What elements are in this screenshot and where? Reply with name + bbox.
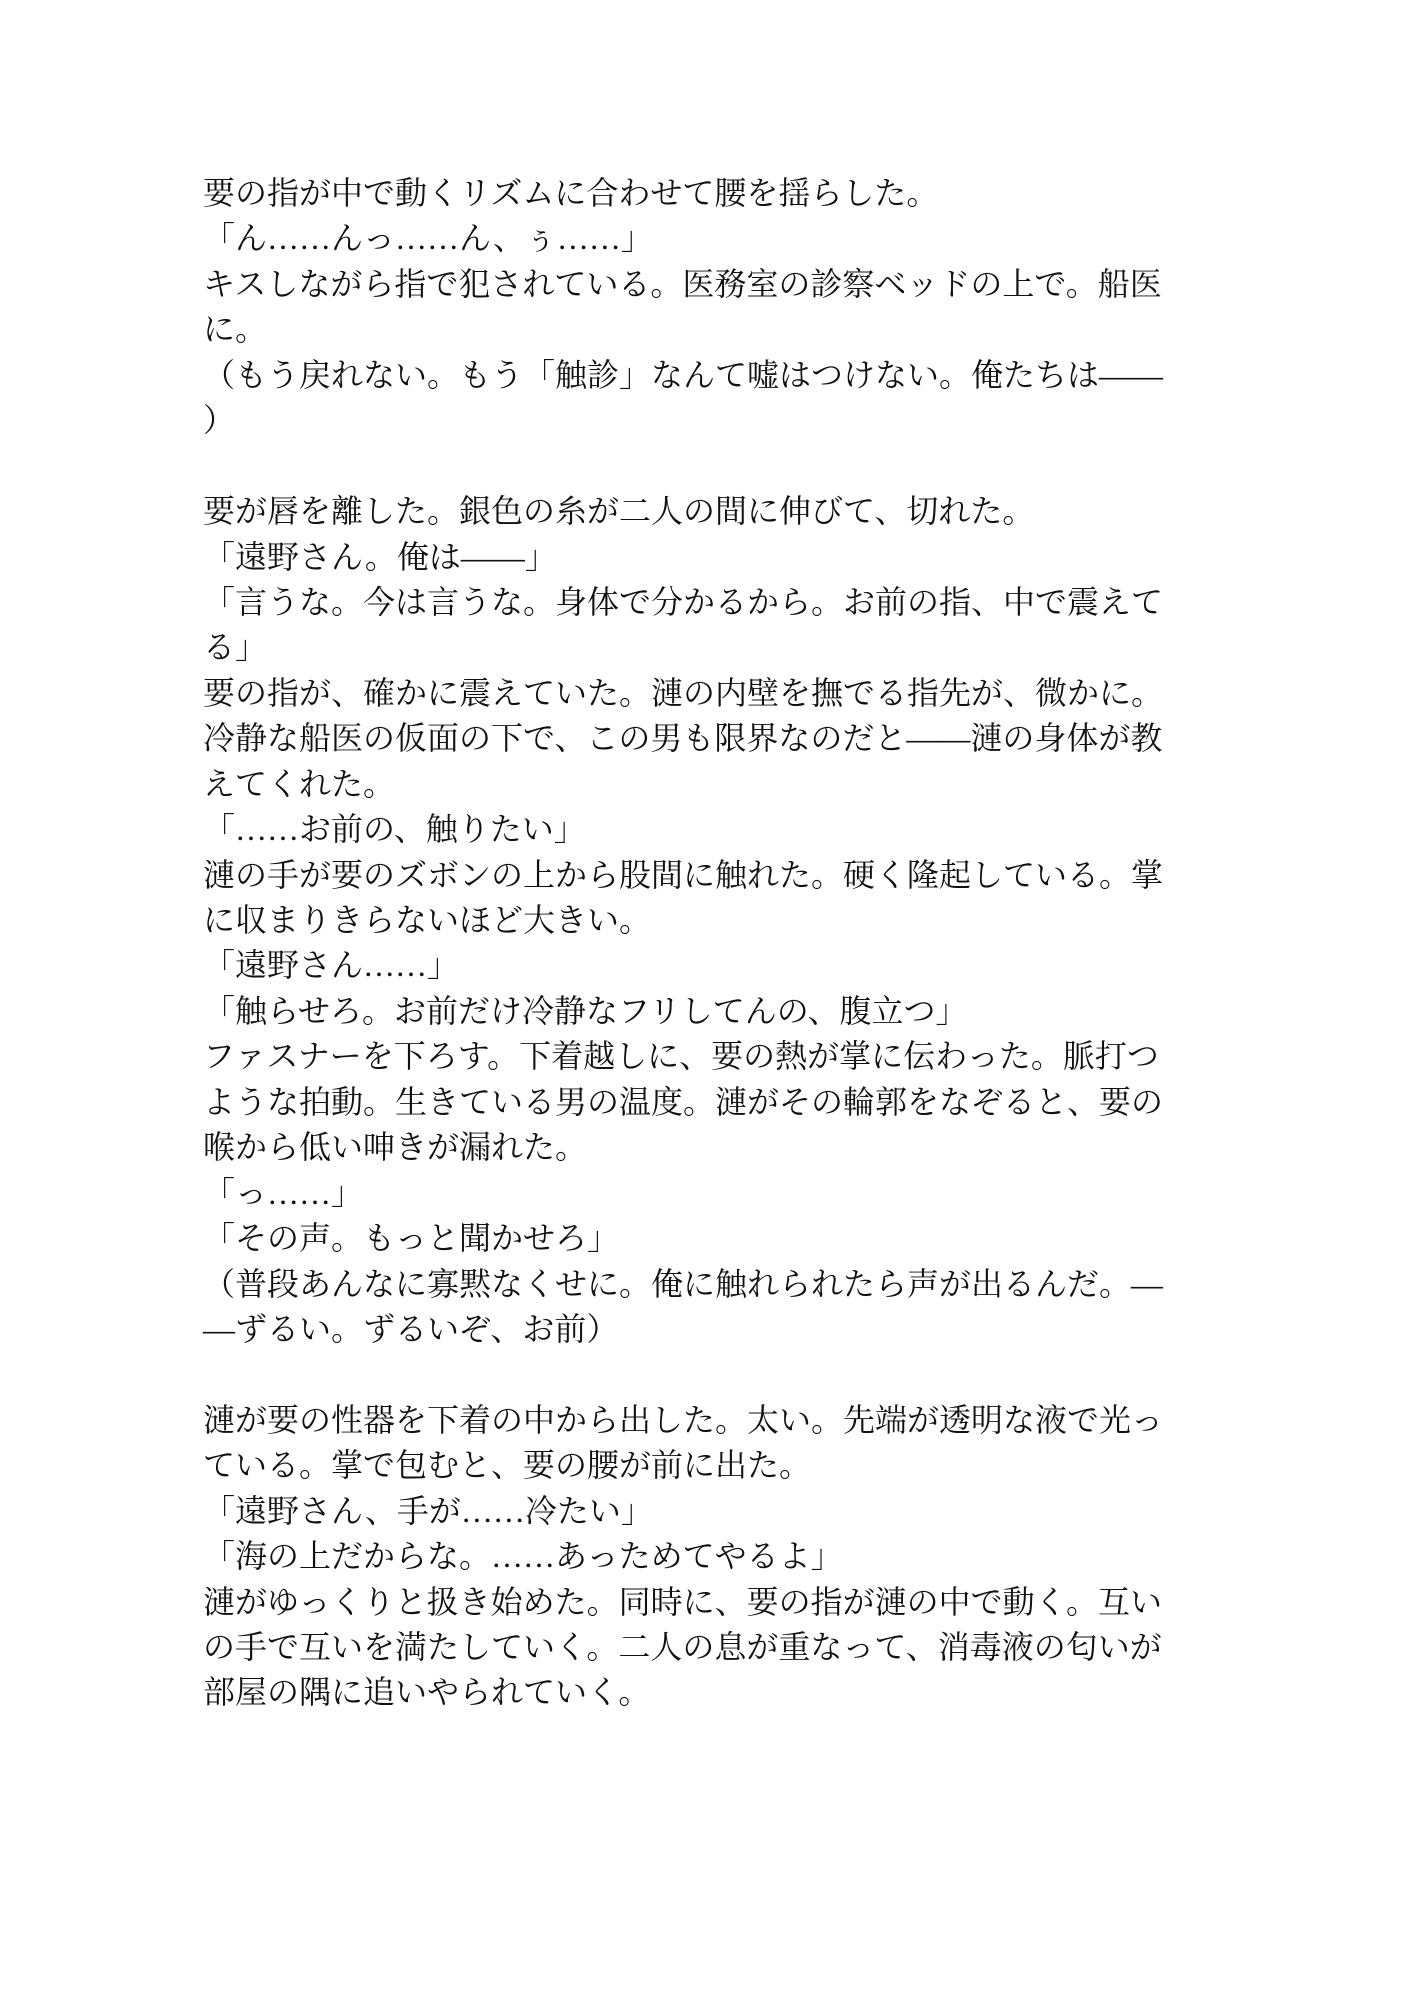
text-line: る」 (203, 625, 1263, 670)
document-page: 要の指が中で動くリズムに合わせて腰を揺らした。 「ん……んっ……ん、ぅ……」 キ… (0, 0, 1415, 2000)
text-line: 「……お前の、触りたい」 (203, 807, 1263, 852)
text-line: 「触らせろ。お前だけ冷静なフリしてんの、腹立つ」 (203, 989, 1263, 1034)
text-line: 「ん……んっ……ん、ぅ……」 (203, 216, 1263, 261)
text-line: 漣がゆっくりと扱き始めた。同時に、要の指が漣の中で動く。互い (203, 1580, 1263, 1625)
text-line: 「海の上だからな。……あっためてやるよ」 (203, 1534, 1263, 1579)
text-line: の手で互いを満たしていく。二人の息が重なって、消毒液の匂いが (203, 1625, 1263, 1670)
text-line: キスしながら指で犯されている。医務室の診察ベッドの上で。船医 (203, 262, 1263, 307)
text-line: （普段あんなに寡黙なくせに。俺に触れられたら声が出るんだ。— (203, 1262, 1263, 1307)
text-line: 「っ……」 (203, 1171, 1263, 1216)
text-line: 漣が要の性器を下着の中から出した。太い。先端が透明な液で光っ (203, 1398, 1263, 1443)
text-line: 要の指が中で動くリズムに合わせて腰を揺らした。 (203, 171, 1263, 216)
text-line: ような拍動。生きている男の温度。漣がその輪郭をなぞると、要の (203, 1080, 1263, 1125)
text-line: 「遠野さん、手が……冷たい」 (203, 1489, 1263, 1534)
text-line: えてくれた。 (203, 762, 1263, 807)
blank-line (203, 1352, 1263, 1397)
text-line: 喉から低い呻きが漏れた。 (203, 1125, 1263, 1170)
text-line: 要の指が、確かに震えていた。漣の内壁を撫でる指先が、微かに。 (203, 671, 1263, 716)
text-line: —ずるい。ずるいぞ、お前） (203, 1307, 1263, 1352)
text-line: （もう戻れない。もう「触診」なんて嘘はつけない。俺たちは—— (203, 353, 1263, 398)
text-line: 部屋の隅に追いやられていく。 (203, 1670, 1263, 1715)
text-line: 漣の手が要のズボンの上から股間に触れた。硬く隆起している。掌 (203, 853, 1263, 898)
text-line: 「遠野さん。俺は——」 (203, 535, 1263, 580)
text-content: 要の指が中で動くリズムに合わせて腰を揺らした。 「ん……んっ……ん、ぅ……」 キ… (203, 171, 1263, 1716)
text-line: 「言うな。今は言うな。身体で分かるから。お前の指、中で震えて (203, 580, 1263, 625)
text-line: 「遠野さん……」 (203, 943, 1263, 988)
text-line: 要が唇を離した。銀色の糸が二人の間に伸びて、切れた。 (203, 489, 1263, 534)
text-line: ファスナーを下ろす。下着越しに、要の熱が掌に伝わった。脈打つ (203, 1034, 1263, 1079)
text-line: 冷静な船医の仮面の下で、この男も限界なのだと——漣の身体が教 (203, 716, 1263, 761)
text-line: 「その声。もっと聞かせろ」 (203, 1216, 1263, 1261)
blank-line (203, 444, 1263, 489)
text-line: に。 (203, 307, 1263, 352)
text-line: ている。掌で包むと、要の腰が前に出た。 (203, 1443, 1263, 1488)
text-line: に収まりきらないほど大きい。 (203, 898, 1263, 943)
text-line: ） (203, 398, 1263, 443)
